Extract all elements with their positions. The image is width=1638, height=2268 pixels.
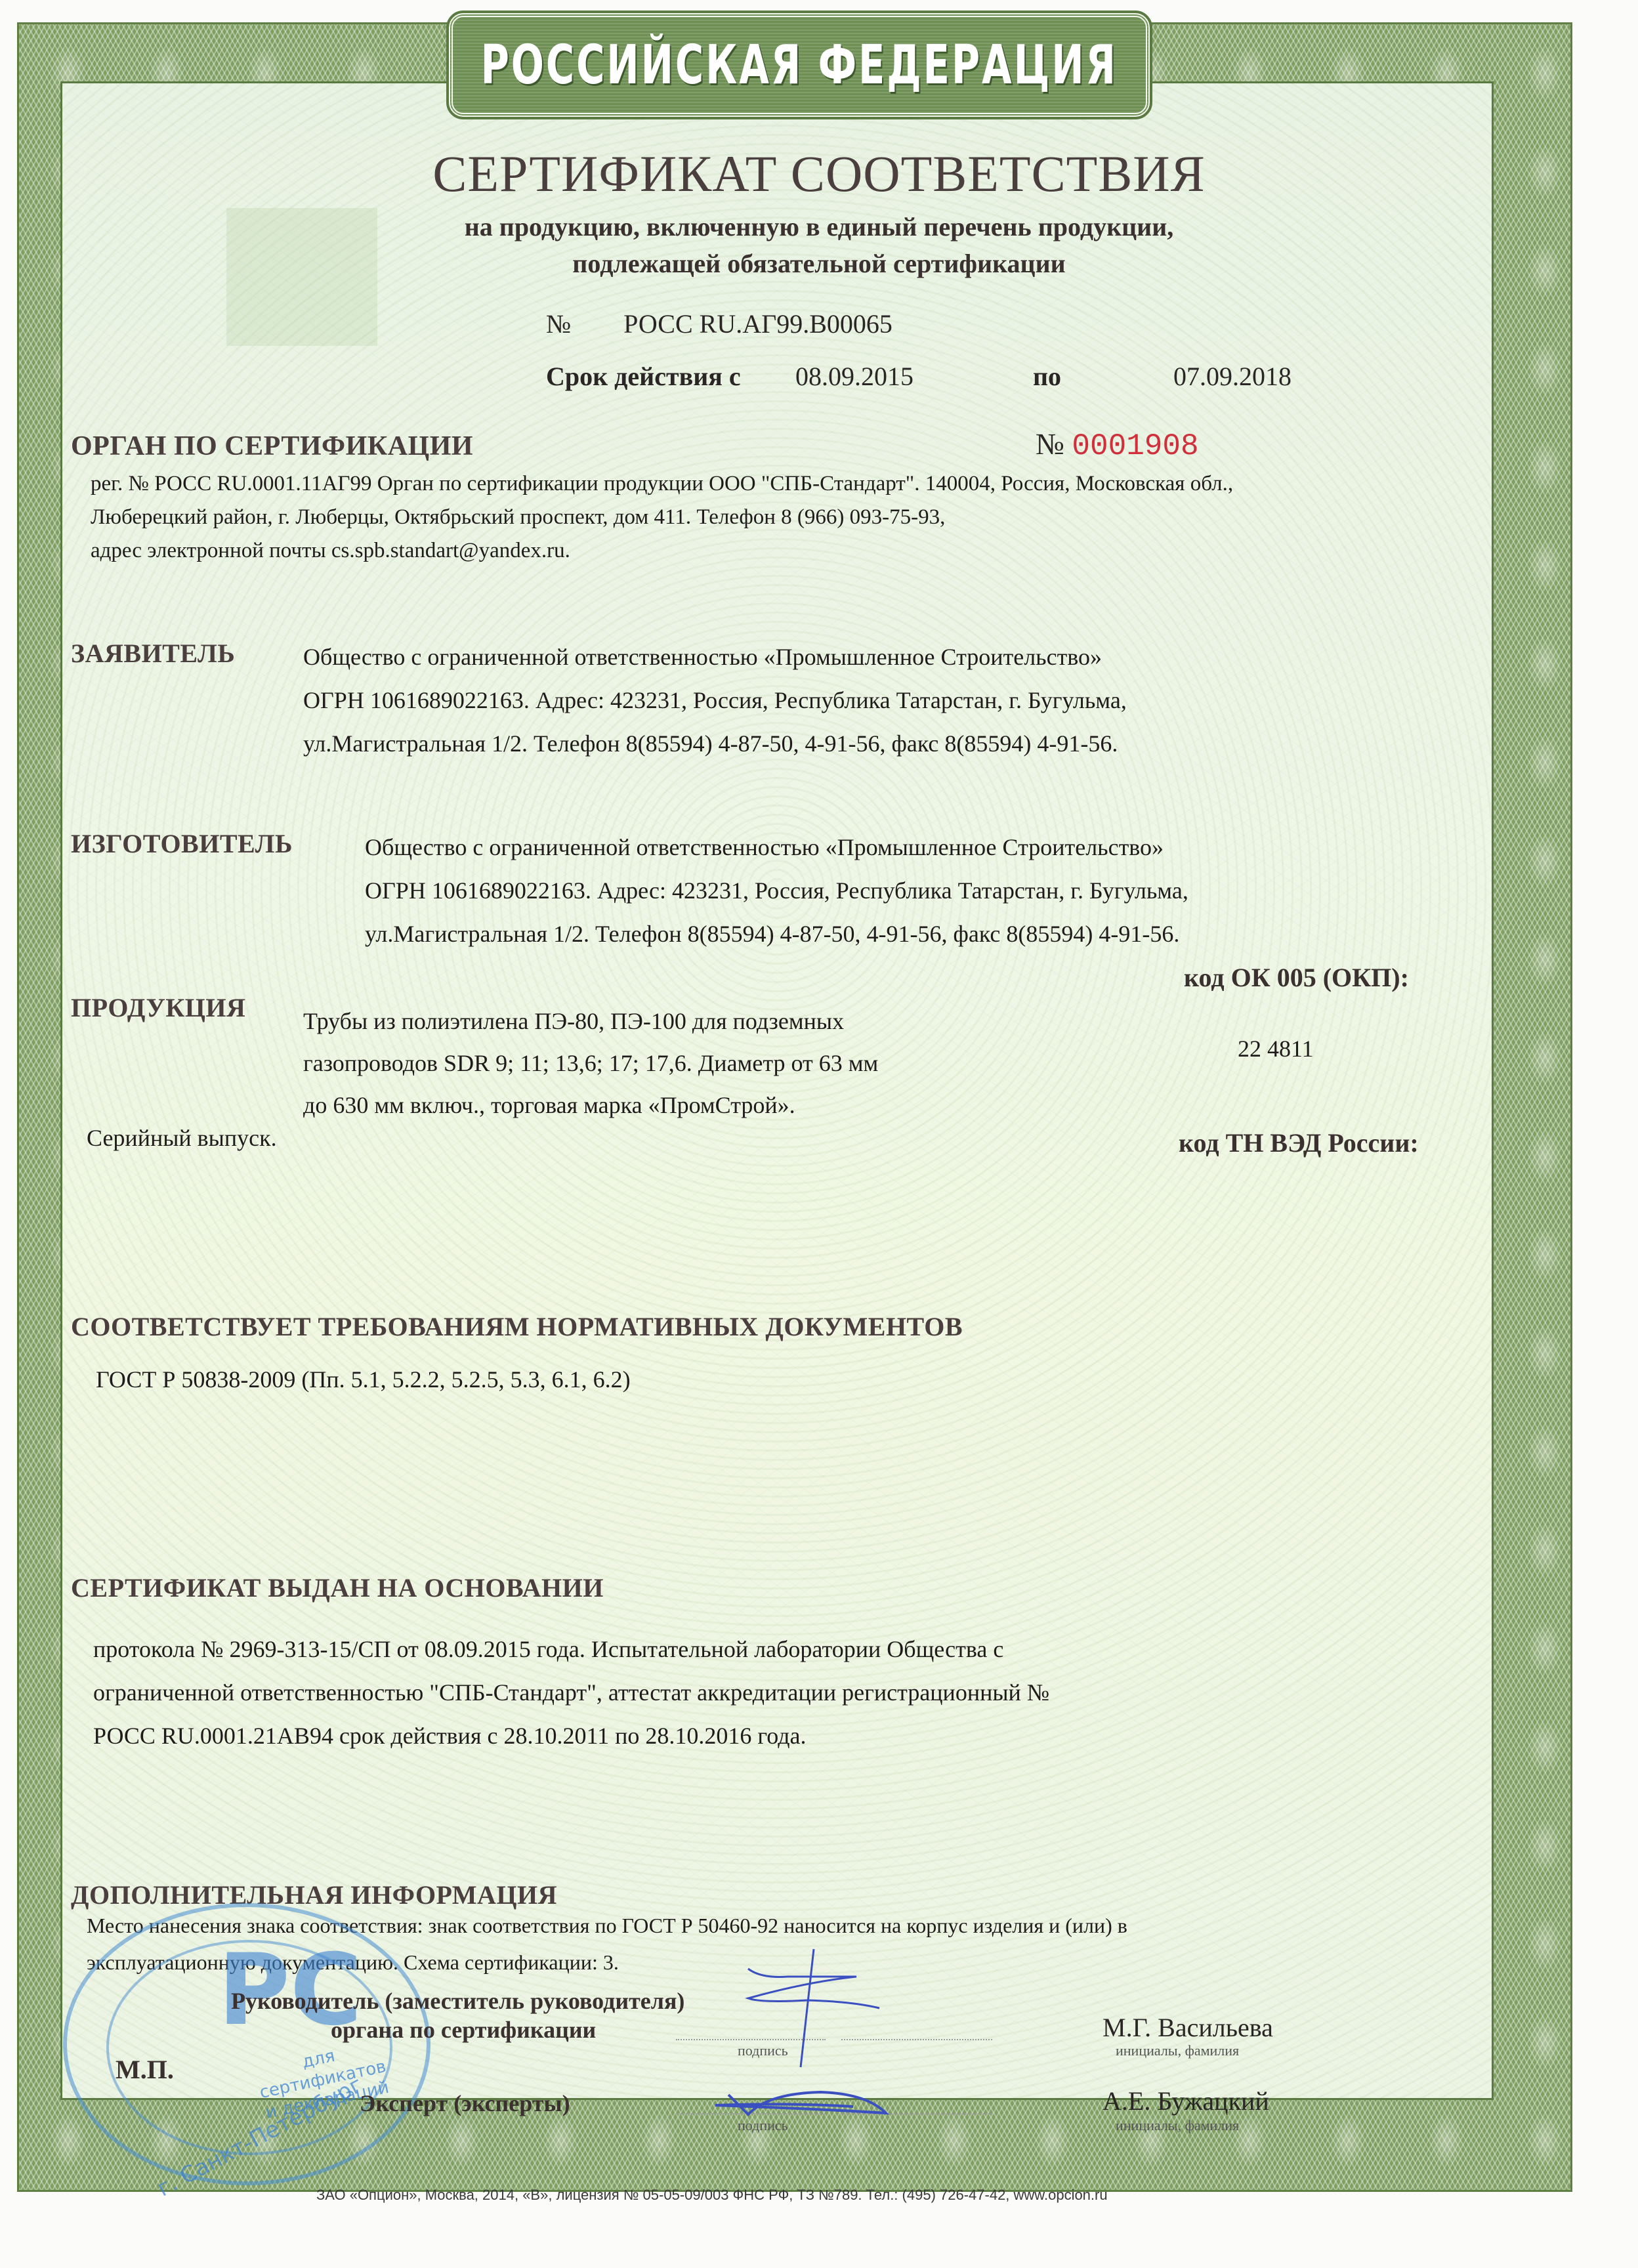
manufacturer-details: Общество с ограниченной ответственностью… bbox=[365, 826, 1188, 955]
expert-signature-icon bbox=[709, 2087, 919, 2126]
additional-heading: ДОПОЛНИТЕЛЬНАЯ ИНФОРМАЦИЯ bbox=[71, 1879, 557, 1910]
validity-label: Срок действия с bbox=[546, 361, 741, 392]
product-line: до 630 мм включ., торговая марка «ПромСт… bbox=[303, 1084, 878, 1126]
expert-name: А.Е. Бужацкий bbox=[1102, 2086, 1269, 2116]
subtitle-line-1: на продукцию, включенную в единый перече… bbox=[0, 211, 1638, 242]
okp-label: код ОК 005 (ОКП): bbox=[1184, 962, 1409, 993]
document-title: СЕРТИФИКАТ СООТВЕТСТВИЯ bbox=[0, 144, 1638, 203]
certification-body-line: рег. № РОСС RU.0001.11АГ99 Орган по серт… bbox=[91, 467, 1233, 501]
basis-details: протокола № 2969-313-15/СП от 08.09.2015… bbox=[93, 1627, 1049, 1757]
valid-from: 08.09.2015 bbox=[795, 361, 913, 392]
number-sign: № bbox=[546, 309, 571, 339]
manufacturer-line: Общество с ограниченной ответственностью… bbox=[365, 826, 1188, 869]
head-label-line-2: органа по сертификации bbox=[331, 2016, 596, 2044]
head-name: М.Г. Васильева bbox=[1102, 2012, 1273, 2043]
head-name-caption: инициалы, фамилия bbox=[1116, 2042, 1239, 2059]
basis-line: РОСС RU.0001.21АВ94 срок действия с 28.1… bbox=[93, 1714, 1049, 1757]
certification-body-heading: ОРГАН ПО СЕРТИФИКАЦИИ bbox=[71, 430, 473, 462]
tnved-label: код ТН ВЭД России: bbox=[1179, 1127, 1419, 1158]
product-line: газопроводов SDR 9; 11; 13,6; 17; 17,6. … bbox=[303, 1042, 878, 1084]
blank-number: № 0001908 bbox=[1036, 427, 1199, 463]
okp-code: 22 4811 bbox=[1238, 1030, 1314, 1068]
official-stamp: РС для сертификатов и деклараций г. Санк… bbox=[63, 1903, 430, 2185]
subtitle-line-2: подлежащей обязательной сертификации bbox=[0, 248, 1638, 279]
applicant-line: ОГРН 1061689022163. Адрес: 423231, Росси… bbox=[303, 679, 1127, 722]
certification-body-line: адрес электронной почты cs.spb.standart@… bbox=[91, 534, 1233, 568]
head-signature-icon bbox=[722, 1942, 945, 2074]
head-label-line-1: Руководитель (заместитель руководителя) bbox=[231, 1987, 684, 2015]
country-banner: РОССИЙСКАЯ ФЕДЕРАЦИЯ bbox=[449, 13, 1150, 117]
banner-text: РОССИЙСКАЯ ФЕДЕРАЦИЯ bbox=[481, 34, 1118, 96]
release-type: Серийный выпуск. bbox=[87, 1120, 277, 1157]
valid-to: 07.09.2018 bbox=[1173, 361, 1291, 392]
product-heading: ПРОДУКЦИЯ bbox=[71, 992, 245, 1023]
manufacturer-heading: ИЗГОТОВИТЕЛЬ bbox=[71, 828, 293, 859]
validity-to-label: по bbox=[1033, 361, 1061, 392]
expert-label: Эксперт (эксперты) bbox=[360, 2089, 570, 2117]
certificate-page: РОССИЙСКАЯ ФЕДЕРАЦИЯ СЕРТИФИКАТ СООТВЕТС… bbox=[0, 0, 1638, 2268]
seal-label: М.П. bbox=[115, 2054, 174, 2085]
certification-body-details: рег. № РОСС RU.0001.11АГ99 Орган по серт… bbox=[91, 467, 1233, 568]
basis-heading: СЕРТИФИКАТ ВЫДАН НА ОСНОВАНИИ bbox=[71, 1572, 604, 1603]
conformity-standard: ГОСТ Р 50838-2009 (Пп. 5.1, 5.2.2, 5.2.5… bbox=[96, 1361, 631, 1398]
basis-line: протокола № 2969-313-15/СП от 08.09.2015… bbox=[93, 1627, 1049, 1671]
applicant-line: ул.Магистральная 1/2. Телефон 8(85594) 4… bbox=[303, 722, 1127, 765]
manufacturer-line: ОГРН 1061689022163. Адрес: 423231, Росси… bbox=[365, 869, 1188, 912]
blank-number-sign: № bbox=[1036, 427, 1064, 461]
printer-imprint: ЗАО «Опцион», Москва, 2014, «В», лицензи… bbox=[316, 2187, 1108, 2204]
certificate-number: №РОСС RU.АГ99.В00065 bbox=[546, 308, 892, 339]
product-description: Трубы из полиэтилена ПЭ-80, ПЭ-100 для п… bbox=[303, 1000, 878, 1126]
certification-body-line: Люберецкий район, г. Люберцы, Октябрьски… bbox=[91, 501, 1233, 534]
basis-line: ограниченной ответственностью "СПБ-Станд… bbox=[93, 1671, 1049, 1714]
conformity-heading: СООТВЕТСТВУЕТ ТРЕБОВАНИЯМ НОРМАТИВНЫХ ДО… bbox=[71, 1311, 963, 1342]
applicant-details: Общество с ограниченной ответственностью… bbox=[303, 635, 1127, 765]
blank-serial-number: 0001908 bbox=[1072, 429, 1198, 463]
applicant-line: Общество с ограниченной ответственностью… bbox=[303, 635, 1127, 679]
applicant-heading: ЗАЯВИТЕЛЬ bbox=[71, 638, 235, 669]
manufacturer-line: ул.Магистральная 1/2. Телефон 8(85594) 4… bbox=[365, 912, 1188, 955]
product-line: Трубы из полиэтилена ПЭ-80, ПЭ-100 для п… bbox=[303, 1000, 878, 1042]
certificate-number-value: РОСС RU.АГ99.В00065 bbox=[623, 309, 892, 339]
expert-name-caption: инициалы, фамилия bbox=[1116, 2117, 1239, 2134]
